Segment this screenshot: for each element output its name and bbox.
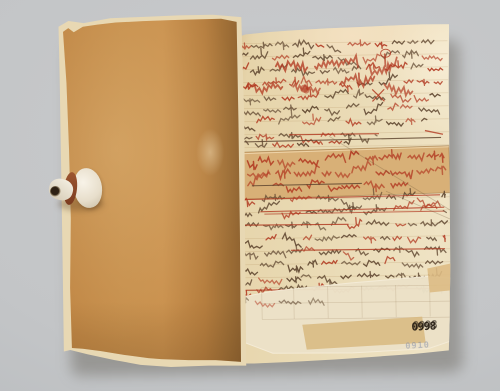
binding-toggle-hole xyxy=(50,186,61,197)
faint-number-stamp: 0910 xyxy=(405,340,430,351)
manuscript-page: 0998 0998 0910 xyxy=(227,20,459,364)
photo-surface: 0998 0998 0910 xyxy=(0,0,500,391)
page-number-stamp: 0998 xyxy=(411,319,436,333)
manuscript-svg: 0998 0998 0910 xyxy=(227,20,459,364)
